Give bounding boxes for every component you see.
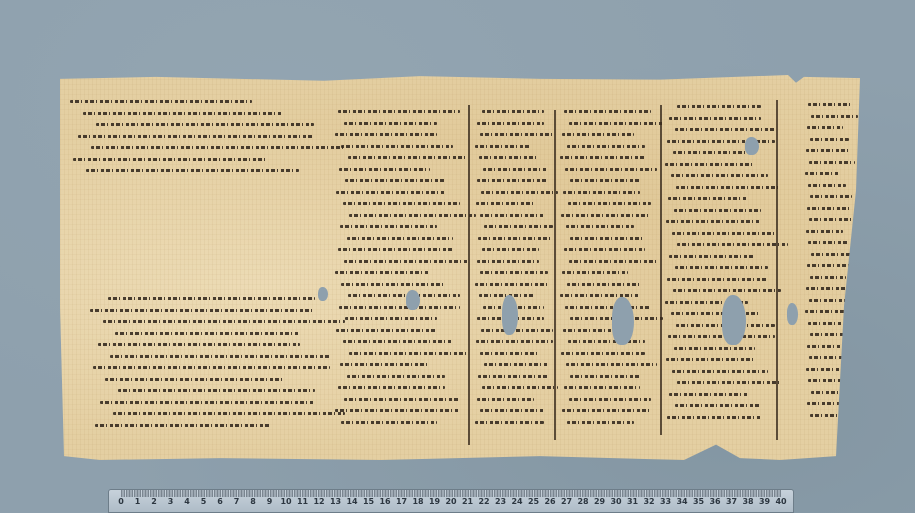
script-line	[118, 389, 316, 392]
script-line	[480, 214, 544, 217]
script-line	[91, 146, 346, 149]
text-column-2	[335, 110, 463, 432]
script-line	[475, 145, 530, 148]
script-line	[480, 271, 548, 274]
script-line	[563, 191, 640, 194]
script-line	[566, 363, 657, 366]
script-line	[561, 214, 651, 217]
script-line	[806, 149, 849, 152]
script-line	[100, 401, 315, 404]
papyrus-hole	[745, 137, 759, 155]
script-line	[484, 225, 553, 228]
script-line	[667, 278, 768, 281]
text-column-3	[475, 110, 553, 432]
script-line	[562, 271, 629, 274]
script-line	[480, 409, 543, 412]
script-line	[90, 309, 315, 312]
script-line	[78, 135, 315, 138]
script-line	[73, 158, 268, 161]
script-line	[808, 322, 844, 325]
script-line	[561, 352, 646, 355]
script-line	[480, 133, 553, 136]
text-block-upper-left	[70, 100, 330, 181]
script-line	[807, 207, 853, 210]
script-line	[115, 332, 300, 335]
script-line	[677, 381, 781, 384]
script-line	[806, 368, 856, 371]
script-line	[675, 128, 775, 131]
script-line	[567, 421, 634, 424]
script-line	[570, 237, 645, 240]
script-line	[348, 294, 461, 297]
script-line	[810, 414, 859, 417]
script-line	[562, 409, 651, 412]
script-line	[677, 243, 788, 246]
text-block-lower-left	[90, 297, 340, 435]
script-line	[477, 122, 544, 125]
script-line	[668, 335, 774, 338]
script-line	[809, 356, 855, 359]
column-divider	[554, 110, 556, 440]
script-line	[669, 117, 761, 120]
script-line	[675, 404, 761, 407]
script-line	[482, 248, 539, 251]
script-line	[565, 306, 651, 309]
script-line	[674, 209, 761, 212]
script-line	[484, 363, 549, 366]
script-line	[567, 283, 640, 286]
papyrus-hole	[722, 295, 746, 345]
script-line	[665, 163, 755, 166]
script-line	[809, 218, 858, 221]
script-line	[675, 266, 768, 269]
script-line	[560, 294, 640, 297]
script-line	[808, 184, 847, 187]
script-line	[95, 424, 270, 427]
papyrus-sheet	[60, 75, 860, 460]
script-line	[476, 202, 535, 205]
script-line	[93, 366, 331, 369]
script-line	[478, 375, 548, 378]
script-line	[668, 197, 748, 200]
scale-ticks	[121, 490, 781, 497]
script-line	[569, 260, 657, 263]
script-line	[336, 329, 437, 332]
script-line	[341, 421, 437, 424]
script-line	[810, 276, 847, 279]
text-column-6	[805, 103, 855, 425]
script-line	[70, 100, 252, 103]
script-line	[476, 340, 553, 343]
script-line	[345, 317, 437, 320]
script-line	[809, 299, 853, 302]
script-line	[113, 412, 346, 415]
papyrus-hole	[502, 295, 518, 335]
script-line	[345, 179, 445, 182]
script-line	[810, 195, 852, 198]
script-line	[807, 126, 843, 129]
script-line	[667, 416, 761, 419]
script-line	[808, 379, 846, 382]
script-line	[477, 260, 539, 263]
script-line	[807, 402, 852, 405]
script-line	[86, 169, 299, 172]
script-line	[673, 289, 782, 292]
script-line	[338, 386, 446, 389]
script-line	[567, 145, 646, 148]
script-line	[808, 241, 849, 244]
script-line	[676, 186, 781, 189]
script-line	[673, 151, 755, 154]
script-line	[810, 333, 849, 336]
script-line	[564, 110, 651, 113]
script-line	[478, 237, 553, 240]
script-line	[475, 421, 544, 424]
script-line	[347, 237, 453, 240]
script-line	[569, 122, 663, 125]
script-line	[565, 168, 657, 171]
script-line	[344, 122, 437, 125]
script-line	[339, 168, 430, 171]
script-line	[349, 352, 468, 355]
script-line	[808, 103, 852, 106]
script-line	[810, 138, 850, 141]
text-column-4	[560, 110, 655, 432]
script-line	[666, 220, 761, 223]
script-line	[343, 202, 461, 205]
script-line	[666, 358, 754, 361]
script-line	[482, 386, 558, 389]
script-line	[477, 179, 548, 182]
script-line	[805, 310, 852, 313]
script-line	[570, 179, 640, 182]
papyrus-hole	[612, 297, 634, 345]
script-line	[335, 133, 437, 136]
script-line	[340, 225, 437, 228]
script-line	[335, 409, 460, 412]
script-line	[809, 161, 856, 164]
script-line	[479, 156, 539, 159]
script-line	[343, 340, 453, 343]
script-line	[480, 352, 539, 355]
script-line	[483, 168, 549, 171]
script-line	[807, 264, 855, 267]
script-line	[341, 145, 452, 148]
script-line	[481, 191, 557, 194]
column-divider	[776, 100, 778, 440]
script-line	[347, 375, 446, 378]
script-line	[481, 329, 553, 332]
column-divider	[468, 105, 470, 445]
script-line	[669, 393, 747, 396]
script-line	[671, 174, 768, 177]
column-divider	[660, 105, 662, 435]
script-line	[108, 297, 316, 300]
script-line	[568, 340, 646, 343]
script-line	[83, 112, 283, 115]
papyrus-hole	[318, 287, 328, 301]
script-line	[671, 312, 762, 315]
script-line	[335, 271, 430, 274]
script-line	[570, 375, 639, 378]
script-line	[667, 140, 775, 143]
script-line	[568, 202, 652, 205]
script-line	[811, 391, 853, 394]
script-line	[336, 191, 445, 194]
script-line	[677, 105, 761, 108]
measuring-scale: 0123456789101112131415161718192021222324…	[108, 489, 794, 513]
script-line	[806, 287, 846, 290]
script-line	[477, 398, 535, 401]
script-line	[805, 172, 840, 175]
script-line	[669, 255, 754, 258]
script-line	[806, 230, 844, 233]
papyrus-hole	[406, 290, 420, 310]
script-line	[344, 398, 460, 401]
script-line	[672, 232, 775, 235]
script-line	[338, 248, 453, 251]
papyrus-hole	[787, 303, 798, 325]
script-line	[475, 283, 548, 286]
script-line	[338, 110, 461, 113]
script-line	[103, 320, 346, 323]
script-line	[564, 248, 646, 251]
script-line	[569, 398, 652, 401]
script-line	[564, 386, 640, 389]
script-line	[341, 283, 445, 286]
script-line	[96, 123, 314, 126]
script-line	[672, 370, 768, 373]
text-column-5	[665, 105, 777, 427]
script-line	[807, 345, 850, 348]
script-line	[340, 363, 430, 366]
script-line	[674, 347, 755, 350]
scale-labels: 0123456789101112131415161718192021222324…	[121, 497, 781, 511]
script-line	[560, 156, 646, 159]
script-line	[482, 110, 544, 113]
script-line	[811, 253, 856, 256]
script-line	[105, 378, 285, 381]
script-line	[562, 133, 634, 136]
script-line	[339, 306, 461, 309]
script-line	[344, 260, 468, 263]
script-line	[110, 355, 330, 358]
script-line	[566, 225, 634, 228]
script-line	[349, 214, 476, 217]
script-line	[348, 156, 468, 159]
script-line	[98, 343, 301, 346]
script-line	[811, 115, 859, 118]
